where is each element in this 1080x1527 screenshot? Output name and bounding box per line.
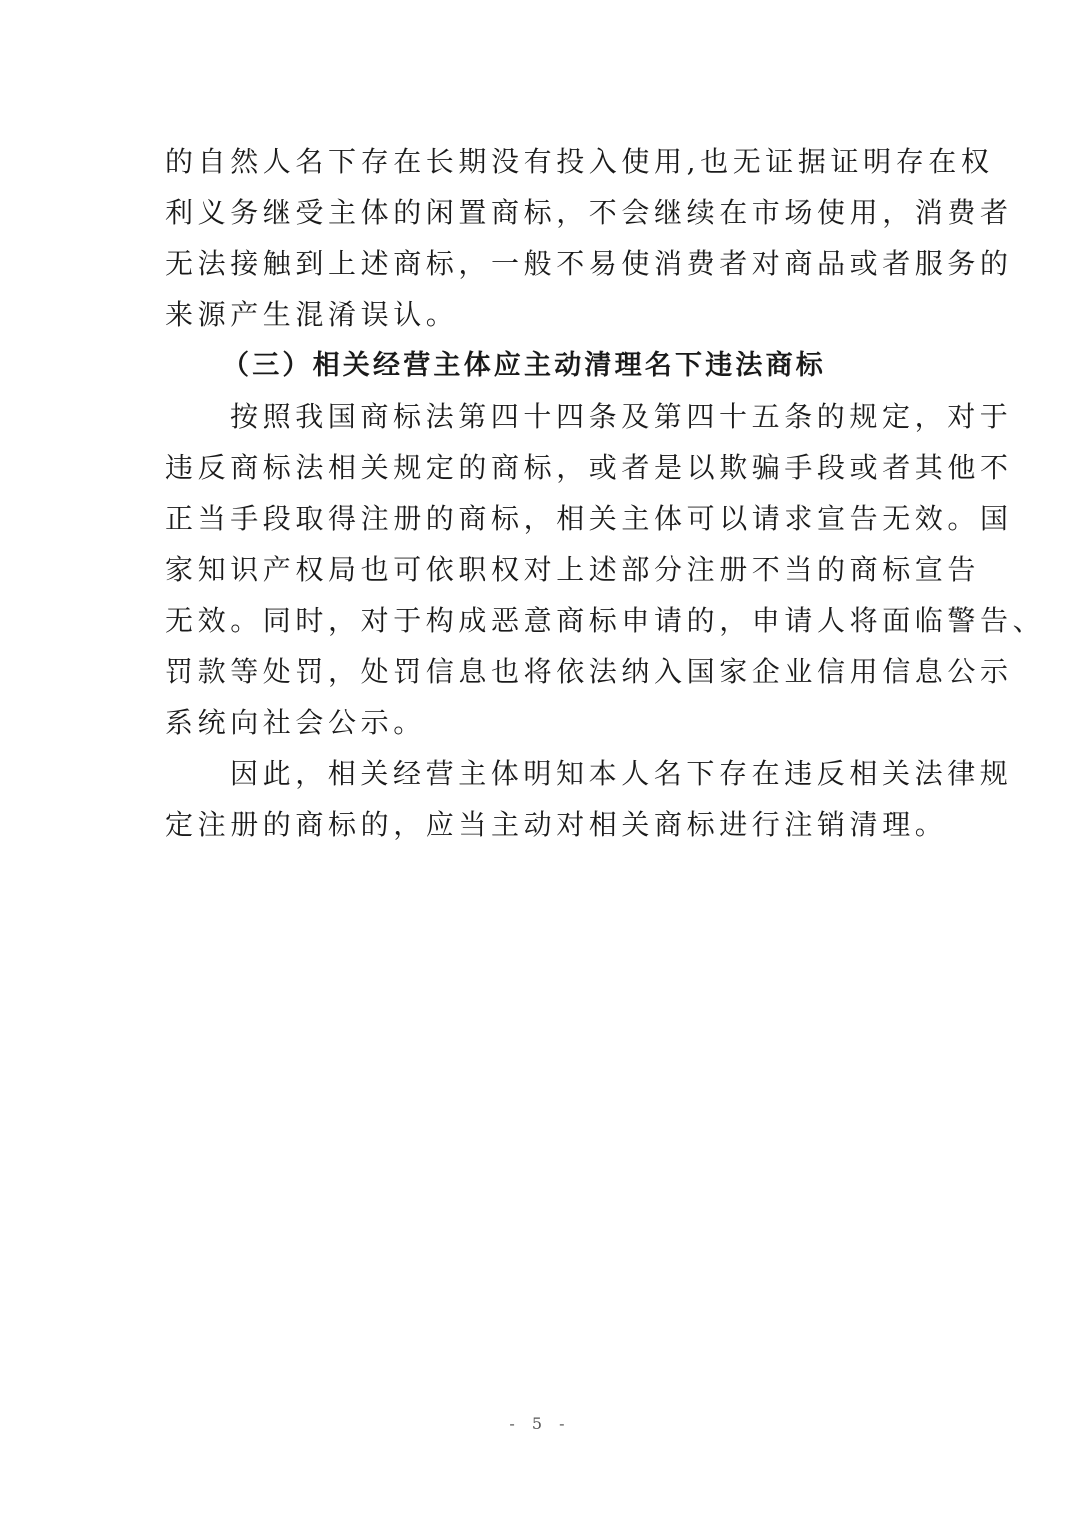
text-line: 家知识产权局也可依职权对上述部分注册不当的商标宣告 bbox=[165, 544, 917, 595]
text-line: 无效。同时，对于构成恶意商标申请的，申请人将面临警告、 bbox=[165, 595, 917, 646]
document-page: 的自然人名下存在长期没有投入使用,也无证据证明存在权 利义务继受主体的闲置商标，… bbox=[0, 0, 1080, 1527]
paragraph-trademark-law: 按照我国商标法第四十四条及第四十五条的规定，对于 违反商标法相关规定的商标，或者… bbox=[165, 391, 917, 748]
paragraph-conclusion: 因此，相关经营主体明知本人名下存在违反相关法律规 定注册的商标的，应当主动对相关… bbox=[165, 748, 917, 850]
text-line: 来源产生混淆误认。 bbox=[165, 289, 917, 340]
paragraph-continuation: 的自然人名下存在长期没有投入使用,也无证据证明存在权 利义务继受主体的闲置商标，… bbox=[165, 136, 917, 340]
document-body: 的自然人名下存在长期没有投入使用,也无证据证明存在权 利义务继受主体的闲置商标，… bbox=[165, 136, 917, 850]
text-line: 违反商标法相关规定的商标，或者是以欺骗手段或者其他不 bbox=[165, 442, 917, 493]
text-line: 的自然人名下存在长期没有投入使用,也无证据证明存在权 bbox=[165, 136, 917, 187]
text-line: 因此，相关经营主体明知本人名下存在违反相关法律规 bbox=[165, 748, 917, 799]
text-line: 系统向社会公示。 bbox=[165, 697, 917, 748]
text-line: 定注册的商标的，应当主动对相关商标进行注销清理。 bbox=[165, 799, 917, 850]
text-line: 利义务继受主体的闲置商标，不会继续在市场使用，消费者 bbox=[165, 187, 917, 238]
text-line: 无法接触到上述商标，一般不易使消费者对商品或者服务的 bbox=[165, 238, 917, 289]
section-heading: （三）相关经营主体应主动清理名下违法商标 bbox=[157, 340, 917, 391]
text-line: 罚款等处罚，处罚信息也将依法纳入国家企业信用信息公示 bbox=[165, 646, 917, 697]
page-number: - 5 - bbox=[0, 1414, 1080, 1433]
text-line: 正当手段取得注册的商标，相关主体可以请求宣告无效。国 bbox=[165, 493, 917, 544]
text-line: 按照我国商标法第四十四条及第四十五条的规定，对于 bbox=[165, 391, 917, 442]
